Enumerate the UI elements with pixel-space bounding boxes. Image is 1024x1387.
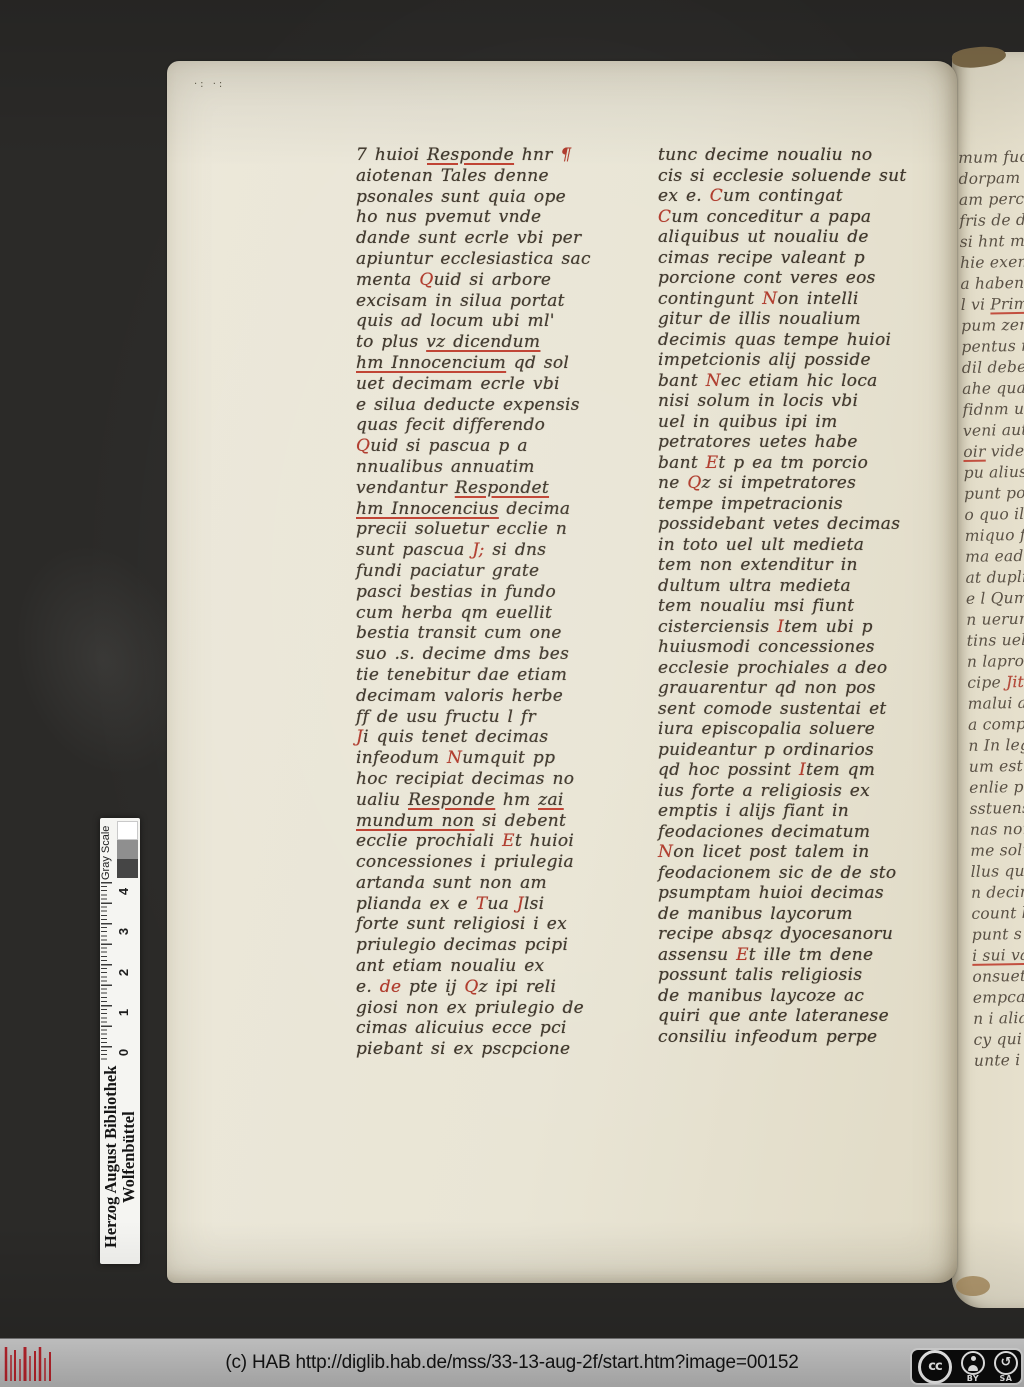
text-segment: o quo illis [964, 505, 1024, 524]
text-segment: 7 huioi [356, 145, 427, 165]
text-segment: grauarentur qd non pos [658, 678, 876, 698]
manuscript-line: aiotenan Tales denne [356, 166, 600, 187]
text-segment: tempe impetracionis [658, 494, 843, 514]
text-segment: sstuens d [969, 799, 1024, 818]
text-segment: psumptam huioi decimas [658, 883, 884, 903]
manuscript-line: dorpam fin [958, 168, 1024, 190]
text-segment: N [762, 289, 777, 309]
manuscript-line: ho nus pvemut vnde [356, 207, 600, 228]
text-segment: ho nus pvemut vnde [356, 207, 541, 227]
manuscript-line: hie exempni [960, 252, 1024, 274]
manuscript-line: artanda sunt non am [356, 873, 600, 894]
text-segment: impetcionis alij posside [658, 350, 871, 370]
text-segment: C [710, 186, 723, 206]
text-segment: Jitul [1006, 673, 1024, 692]
text-segment: aiotenan Tales denne [356, 166, 549, 186]
text-segment: pum zeni de [961, 315, 1024, 335]
text-segment: tem non extenditur in [658, 555, 858, 575]
text-segment: J [517, 894, 524, 914]
text-segment: uet decimam ecrle vbi [356, 374, 560, 394]
manuscript-line: enlie pror [969, 777, 1024, 799]
text-segment: umquit pp [462, 748, 555, 768]
text-segment: vz dicendum [426, 332, 540, 352]
manuscript-line: nisi solum in locis vbi [658, 391, 940, 412]
text-segment: petratores uetes habe [658, 432, 858, 452]
manuscript-line: tunc decime noualiu no [658, 145, 940, 166]
manuscript-line: plianda ex e Tua Jlsi [356, 894, 600, 915]
text-segment: t huioi [515, 831, 574, 851]
text-segment: ecclie prochiali [356, 831, 502, 851]
manuscript-line: e silua deducte expensis [356, 395, 600, 416]
book-edge-bottom [956, 1276, 990, 1296]
text-segment: tem qm [806, 760, 875, 780]
text-segment: cipe [967, 673, 1006, 692]
text-segment: huiusmodi concessiones [658, 637, 875, 657]
manuscript-line: bestia transit cum one [356, 623, 600, 644]
manuscript-line: count b s [971, 903, 1024, 925]
text-segment: punt possi [964, 483, 1024, 502]
text-segment: infeodum [356, 748, 447, 768]
manuscript-line: me solue n [970, 840, 1024, 862]
folio-mark: ·: ·: [194, 79, 225, 90]
text-segment: e l Qum n [966, 589, 1024, 608]
scale-number: 4 [116, 888, 131, 895]
text-segment: N [447, 748, 462, 768]
text-segment: cimas alicuius ecce pci [356, 1018, 567, 1038]
text-segment: hnr [514, 145, 560, 165]
manuscript-line: quiri que ante lateranese [658, 1006, 940, 1027]
manuscript-line: menta Quid si arbore [356, 270, 600, 291]
manuscript-line: hm Innocencium qd sol [356, 353, 600, 374]
text-segment: sunt pascua [356, 540, 472, 560]
text-segment: quis ad locum ubi ml' [356, 311, 555, 331]
manuscript-line: petratores uetes habe [658, 432, 940, 453]
manuscript-line: punt possi [964, 483, 1024, 505]
share-alike-arrow-icon: ↺ [1001, 1356, 1012, 1369]
manuscript-line: Cum conceditur a papa [658, 207, 940, 228]
manuscript-page: ·: ·: 7 huioi Responde hnr ¶aiotenan Tal… [167, 61, 957, 1283]
text-segment: sent comode sustentai et [658, 699, 887, 719]
manuscript-line: puideantur p ordinarios [658, 740, 940, 761]
text-segment: ecclesie prochiales a deo [658, 658, 887, 678]
manuscript-line: ne Qz si impetratores [658, 473, 940, 494]
text-segment: ua [487, 894, 516, 914]
manuscript-line: possunt talis religiosis [658, 965, 940, 986]
manuscript-line: priulegio decimas pcipi [356, 935, 600, 956]
text-segment: decima [499, 499, 571, 519]
manuscript-line: apiuntur ecclesiastica sac [356, 249, 600, 270]
text-segment: n i alia d [973, 1009, 1024, 1028]
manuscript-line: gitur de illis noualium [658, 309, 940, 330]
text-segment: quas fecit differendo [356, 415, 545, 435]
manuscript-line: empcat qu [973, 987, 1024, 1009]
text-segment: videtur [985, 441, 1024, 460]
text-segment: priulegio decimas pcipi [356, 935, 568, 955]
manuscript-line: ahe qua eab [962, 378, 1024, 400]
manuscript-line: fundi paciatur grate [356, 561, 600, 582]
manuscript-line: ecclesie prochiales a deo [658, 658, 940, 679]
text-segment: apiuntur ecclesiastica sac [356, 249, 591, 269]
text-segment: qd sol [506, 353, 569, 373]
manuscript-line: hoc recipiat decimas no [356, 769, 600, 790]
text-segment: si dns [485, 540, 547, 560]
text-segment: cimas recipe valeant p [658, 248, 865, 268]
text-segment: cy qui redd [973, 1029, 1024, 1049]
text-segment: pasci bestias in fundo [356, 582, 556, 602]
manuscript-line: mundum non si debent [356, 811, 600, 832]
manuscript-line: tem noualiu msi fiunt [658, 596, 940, 617]
text-segment: N [658, 842, 673, 862]
manuscript-line: psonales sunt quia ope [356, 187, 600, 208]
manuscript-line: suo .s. decime dms bes [356, 644, 600, 665]
text-segment: zai [538, 790, 563, 810]
manuscript-line: mum fuce n [958, 147, 1024, 169]
gray-patch [117, 821, 138, 840]
text-segment: dorpam fin [958, 168, 1024, 188]
text-segment: quiri que ante lateranese [658, 1006, 889, 1026]
manuscript-line: veni aut e [963, 420, 1024, 442]
text-segment: fidnm uel e [962, 399, 1024, 419]
text-segment: possunt talis religiosis [658, 965, 862, 985]
text-segment: de [380, 977, 402, 997]
manuscript-line: consiliu infeodum perpe [658, 1027, 940, 1048]
manuscript-line: ma eademq [965, 546, 1024, 568]
manuscript-line: cipe Jitul [967, 672, 1024, 694]
manuscript-line: recipe absqz dyocesanoru [658, 924, 940, 945]
text-segment: E [502, 831, 515, 851]
text-segment: uid si pascua p a [370, 436, 528, 456]
text-segment: oir [963, 443, 986, 461]
manuscript-line: piebant si ex pscpcione [356, 1039, 600, 1060]
text-segment: llus qui et [970, 861, 1024, 880]
text-segment: mum fuce n [958, 147, 1024, 167]
manuscript-line: oir videtur [963, 441, 1024, 463]
manuscript-line: cimas alicuius ecce pci [356, 1018, 600, 1039]
manuscript-line: feodacionem sic de de sto [658, 863, 940, 884]
manuscript-line: quis ad locum ubi ml' [356, 311, 600, 332]
gray-scale-patches [117, 821, 138, 878]
text-segment: punt s g [972, 925, 1024, 944]
text-segment: porcione cont veres eos [658, 268, 876, 288]
manuscript-line: a compnon [968, 714, 1024, 736]
text-segment: ex e. [658, 186, 710, 206]
manuscript-line: at duplici [965, 567, 1024, 589]
text-segment: tunc decime noualiu no [658, 145, 872, 165]
manuscript-line: i sui val [972, 945, 1024, 967]
text-segment: on intelli [777, 289, 858, 309]
text-segment: C [658, 207, 671, 227]
manuscript-line: infeodum Numquit pp [356, 748, 600, 769]
text-segment: hm [495, 790, 538, 810]
manuscript-line: pu alius d [963, 462, 1024, 484]
text-segment: hm Innocencium [356, 353, 506, 373]
person-body-icon [968, 1365, 978, 1371]
text-segment: enlie pror [969, 778, 1024, 797]
manuscript-line: decimam valoris herbe [356, 686, 600, 707]
text-segment: a compnon [968, 714, 1024, 734]
manuscript-line: onsuetudo [972, 966, 1024, 988]
text-segment: veni aut e [963, 421, 1024, 440]
text-segment: ahe qua eab [962, 378, 1024, 398]
text-segment: plianda ex e [356, 894, 476, 914]
manuscript-line: feodaciones decimatum [658, 822, 940, 843]
manuscript-line: tem non extenditur in [658, 555, 940, 576]
manuscript-line: aliquibus ut noualiu de [658, 227, 940, 248]
text-segment: Responde [408, 790, 495, 810]
manuscript-line: sent comode sustentai et [658, 699, 940, 720]
manuscript-line: malui ae [968, 693, 1024, 715]
text-segment: ant etiam noualiu ex [356, 956, 544, 976]
manuscript-line: ualiu Responde hm zai [356, 790, 600, 811]
text-segment: si debent [475, 811, 567, 831]
manuscript-line: uel in quibus ipi im [658, 412, 940, 433]
text-segment: nisi solum in locis vbi [658, 391, 858, 411]
manuscript-line: dande sunt ecrle vbi per [356, 228, 600, 249]
manuscript-line: tempe impetracionis [658, 494, 940, 515]
text-segment: lsi [524, 894, 545, 914]
text-segment: n In lege [968, 736, 1024, 755]
text-segment: at duplici [965, 568, 1024, 587]
text-segment: recipe absqz dyocesanoru [658, 924, 893, 944]
text-segment: nnualibus annuatim [356, 457, 535, 477]
text-segment: possidebant vetes decimas [658, 514, 900, 534]
text-segment: E [706, 453, 719, 473]
text-segment: menta [356, 270, 419, 290]
manuscript-line: pasci bestias in fundo [356, 582, 600, 603]
text-segment: ec etiam hic loca [721, 371, 878, 391]
text-column-right: tunc decime noualiu nocis si ecclesie so… [658, 145, 940, 1047]
reference-strip: Gray Scale 43210 Herzog August Bibliothe… [100, 818, 140, 1264]
gray-scale-label: Gray Scale [100, 820, 115, 886]
text-segment: cum herba qm euellit [356, 603, 552, 623]
text-segment: gitur de illis noualium [658, 309, 861, 329]
text-segment: precii soluetur ecclie n [356, 519, 567, 539]
text-segment: fundi paciatur grate [356, 561, 539, 581]
text-segment: dultum ultra medieta [658, 576, 851, 596]
text-segment: ¶ [560, 145, 571, 165]
text-segment: in toto uel ult medieta [658, 535, 864, 555]
text-segment: pentus nor [961, 336, 1024, 356]
text-segment: Q [687, 473, 701, 493]
manuscript-line: cimas recipe valeant p [658, 248, 940, 269]
text-segment: dil debeant [962, 357, 1024, 377]
text-segment: count b s [971, 904, 1024, 923]
text-segment: suo .s. decime dms bes [356, 644, 569, 664]
manuscript-line: fidnm uel e [962, 399, 1024, 421]
manuscript-line: n In lege 7 [968, 735, 1024, 757]
person-head-icon [971, 1356, 976, 1361]
text-segment: T [476, 894, 488, 914]
scale-number: 2 [116, 968, 131, 975]
text-segment: emptis i alijs fiant in [658, 801, 849, 821]
manuscript-line: sstuens d [969, 798, 1024, 820]
text-segment: tem ubi p [784, 617, 873, 637]
text-segment: aliquibus ut noualiu de [658, 227, 869, 247]
manuscript-line: cis si ecclesie soluende sut [658, 166, 940, 187]
text-segment: on licet post talem in [673, 842, 869, 862]
manuscript-line: contingunt Non intelli [658, 289, 940, 310]
text-segment: si hnt msi a [959, 231, 1024, 251]
text-segment: artanda sunt non am [356, 873, 547, 893]
text-segment: psonales sunt quia ope [356, 187, 566, 207]
text-segment: t p ea tm porcio [718, 453, 868, 473]
manuscript-line: n uerum est [966, 609, 1024, 631]
text-segment: de manibus laycorum [658, 904, 853, 924]
manuscript-line: o quo illis [964, 504, 1024, 526]
text-segment: t ille tm dene [749, 945, 874, 965]
manuscript-line: Non licet post talem in [658, 842, 940, 863]
text-segment: nas non s [970, 820, 1024, 839]
text-segment: a habentue [960, 273, 1024, 293]
cc-by-label: BY [967, 1374, 979, 1383]
text-segment: E [736, 945, 749, 965]
text-segment: unte i z [974, 1051, 1024, 1068]
manuscript-line: bant Nec etiam hic loca [658, 371, 940, 392]
manuscript-line: giosi non ex priulegio de [356, 998, 600, 1019]
manuscript-line: pentus nor [961, 336, 1024, 358]
manuscript-line: um est q [969, 756, 1024, 778]
ruler-numbers: 43210 [115, 884, 133, 1060]
manuscript-line: llus qui et [970, 861, 1024, 883]
manuscript-line: n decimas [971, 882, 1024, 904]
manuscript-line: cy qui redd [973, 1029, 1024, 1051]
text-segment: um conceditur a papa [671, 207, 871, 227]
manuscript-line: nas non s [970, 819, 1024, 841]
text-segment: decimis quas tempe huioi [658, 330, 891, 350]
text-segment: Responde [427, 145, 514, 165]
text-segment: cisterciensis [658, 617, 777, 637]
text-segment: contingunt [658, 289, 762, 309]
manuscript-line: uet decimam ecrle vbi [356, 374, 600, 395]
manuscript-line: de manibus laycoze ac [658, 986, 940, 1007]
text-segment: uid si arbore [434, 270, 552, 290]
text-segment: e. [356, 977, 380, 997]
manuscript-line: e. de pte ij Qz ipi reli [356, 977, 600, 998]
manuscript-line: concessiones i priulegia [356, 852, 600, 873]
text-segment: to plus [356, 332, 426, 352]
text-segment: puideantur p ordinarios [658, 740, 874, 760]
text-segment: ma eademq [965, 546, 1024, 566]
scale-number: 1 [116, 1009, 131, 1016]
manuscript-line: e l Qum n [966, 588, 1024, 610]
manuscript-line: excisam in silua portat [356, 291, 600, 312]
text-segment: pte ij [401, 977, 464, 997]
text-segment: ff de usu fructu l fr [356, 707, 536, 727]
manuscript-line: n i alia d [973, 1008, 1024, 1030]
text-segment: piebant si ex pscpcione [356, 1039, 570, 1059]
text-segment: n lapro qui [967, 651, 1024, 671]
text-segment: cis si ecclesie soluende sut [658, 166, 906, 186]
cc-sa-label: SA [1000, 1374, 1013, 1383]
manuscript-line: tie tenebitur dae etiam [356, 665, 600, 686]
cc-by-icon: BY [961, 1351, 985, 1375]
copyright-text: (c) HAB http://diglib.hab.de/mss/33-13-a… [0, 1339, 1024, 1387]
text-segment: tins uel ec [966, 630, 1024, 649]
text-segment: l vi [961, 295, 991, 314]
text-segment: ualiu [356, 790, 408, 810]
library-name-line2: Wolfenbüttel [119, 1111, 138, 1203]
text-segment: miquo fuit [965, 525, 1024, 544]
text-segment: I [799, 760, 806, 780]
text-segment: forte sunt religiosi i ex [356, 914, 567, 934]
text-segment: pu alius d [964, 463, 1024, 482]
text-segment: Q [464, 977, 478, 997]
manuscript-line: de manibus laycorum [658, 904, 940, 925]
manuscript-line: n lapro qui [967, 651, 1024, 673]
manuscript-line: a habentue [960, 273, 1024, 295]
manuscript-line: to plus vz dicendum [356, 332, 600, 353]
text-segment: ne [658, 473, 687, 493]
text-segment: Q [356, 436, 370, 456]
ruler-ticks [101, 882, 113, 1062]
text-segment: bestia transit cum one [356, 623, 562, 643]
manuscript-line: l vi Prim [961, 294, 1024, 316]
manuscript-line: punt s g [972, 924, 1024, 946]
manuscript-line: cum herba qm euellit [356, 603, 600, 624]
manuscript-line: qd hoc possint Item qm [658, 760, 940, 781]
text-segment: concessiones i priulegia [356, 852, 574, 872]
text-segment: me solue n [970, 840, 1024, 860]
manuscript-line: si hnt msi a [959, 231, 1024, 253]
text-segment: tem noualiu msi fiunt [658, 596, 854, 616]
cc-logo-icon: cc [918, 1350, 952, 1384]
manuscript-line: tins uel ec [966, 630, 1024, 652]
manuscript-line: am percochi [959, 189, 1024, 211]
text-segment: dande sunt ecrle vbi per [356, 228, 581, 248]
text-segment: n uerum est [966, 609, 1024, 629]
text-segment: vendantur [356, 478, 455, 498]
text-segment: empcat qu [973, 987, 1024, 1006]
library-name-line1: Herzog August Bibliothek [101, 1066, 120, 1248]
text-column-left: 7 huioi Responde hnr ¶aiotenan Tales den… [356, 145, 600, 1060]
text-segment: i quis tenet decimas [363, 727, 548, 747]
text-segment: onsuetudo [972, 966, 1024, 985]
manuscript-line: miquo fuit [965, 525, 1024, 547]
text-segment: hm Innocencius [356, 499, 499, 519]
text-segment: iura episcopalia soluere [658, 719, 875, 739]
manuscript-line: nnualibus annuatim [356, 457, 600, 478]
text-segment: am percochi [959, 189, 1024, 209]
text-segment: bant [658, 453, 706, 473]
text-segment: mundum non [356, 811, 475, 831]
manuscript-line: sunt pascua J; si dns [356, 540, 600, 561]
manuscript-line: ius forte a religiosis ex [658, 781, 940, 802]
cc-license-badge[interactable]: cc BY ↺ SA [910, 1348, 1023, 1385]
text-segment: de manibus laycoze ac [658, 986, 864, 1006]
manuscript-line: grauarentur qd non pos [658, 678, 940, 699]
text-segment: i sui val [972, 946, 1024, 965]
text-segment: ius forte a religiosis ex [658, 781, 870, 801]
manuscript-line: assensu Et ille tm dene [658, 945, 940, 966]
manuscript-line: impetcionis alij posside [658, 350, 940, 371]
manuscript-line: psumptam huioi decimas [658, 883, 940, 904]
text-segment: qd hoc possint [658, 760, 799, 780]
manuscript-line: unte i z [974, 1050, 1024, 1068]
text-segment: malui ae [968, 694, 1024, 713]
manuscript-line: dil debeant [962, 357, 1024, 379]
text-segment: giosi non ex priulegio de [356, 998, 584, 1018]
text-segment: n decimas [971, 882, 1024, 901]
text-segment: feodacionem sic de de sto [658, 863, 896, 883]
manuscript-line: hm Innocencius decima [356, 499, 600, 520]
attribution-bar: (c) HAB http://diglib.hab.de/mss/33-13-a… [0, 1338, 1024, 1387]
text-segment: assensu [658, 945, 736, 965]
manuscript-line: ecclie prochiali Et huioi [356, 831, 600, 852]
text-segment: consiliu infeodum perpe [658, 1027, 877, 1047]
text-segment: N [706, 371, 721, 391]
text-segment: uel in quibus ipi im [658, 412, 838, 432]
scan-photograph: mum fuce ndorpam finam percochifris de d… [0, 0, 1024, 1387]
